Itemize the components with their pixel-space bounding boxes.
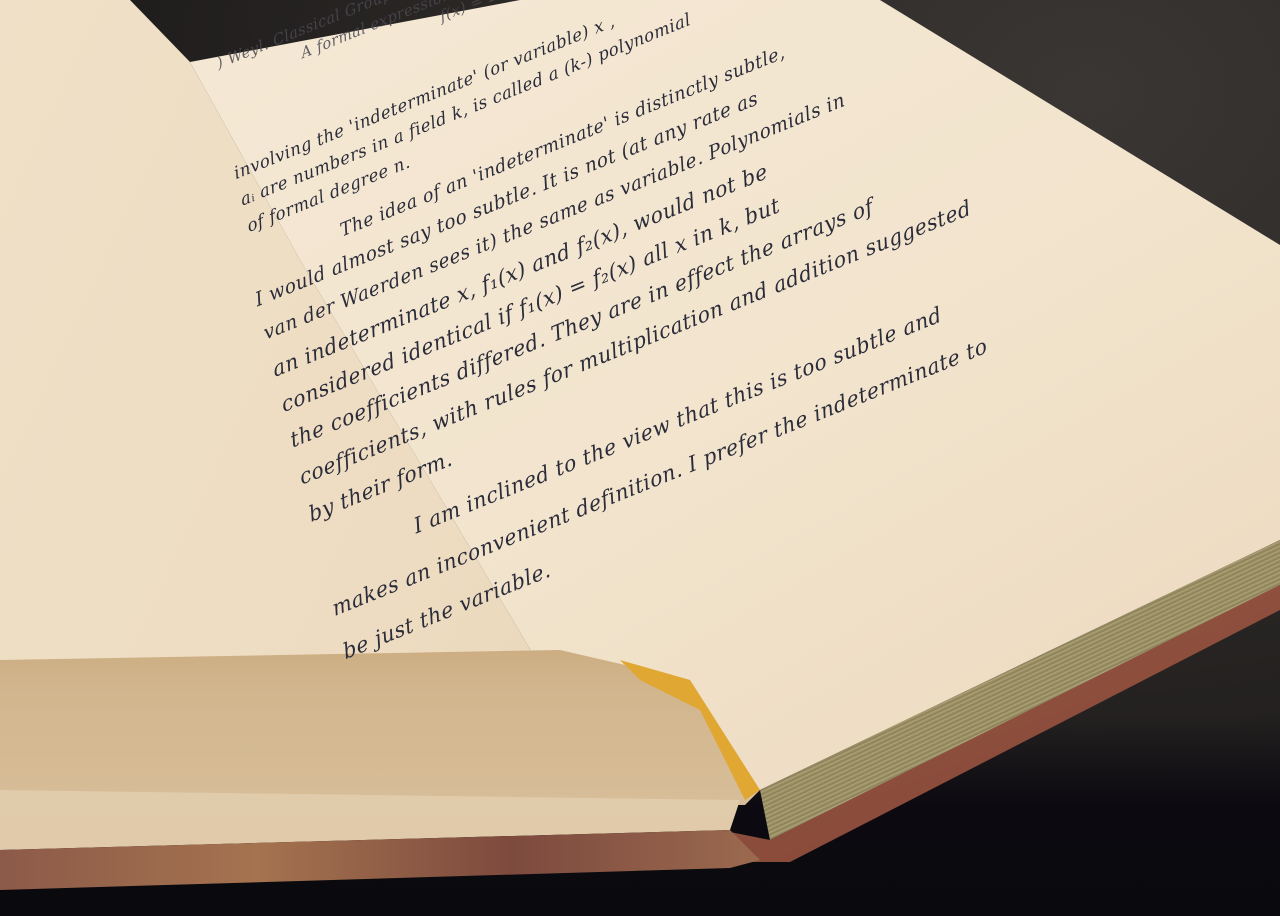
photo-scene: ) Weyl. Classical Groups p.3.A formal ex…	[0, 0, 1280, 916]
